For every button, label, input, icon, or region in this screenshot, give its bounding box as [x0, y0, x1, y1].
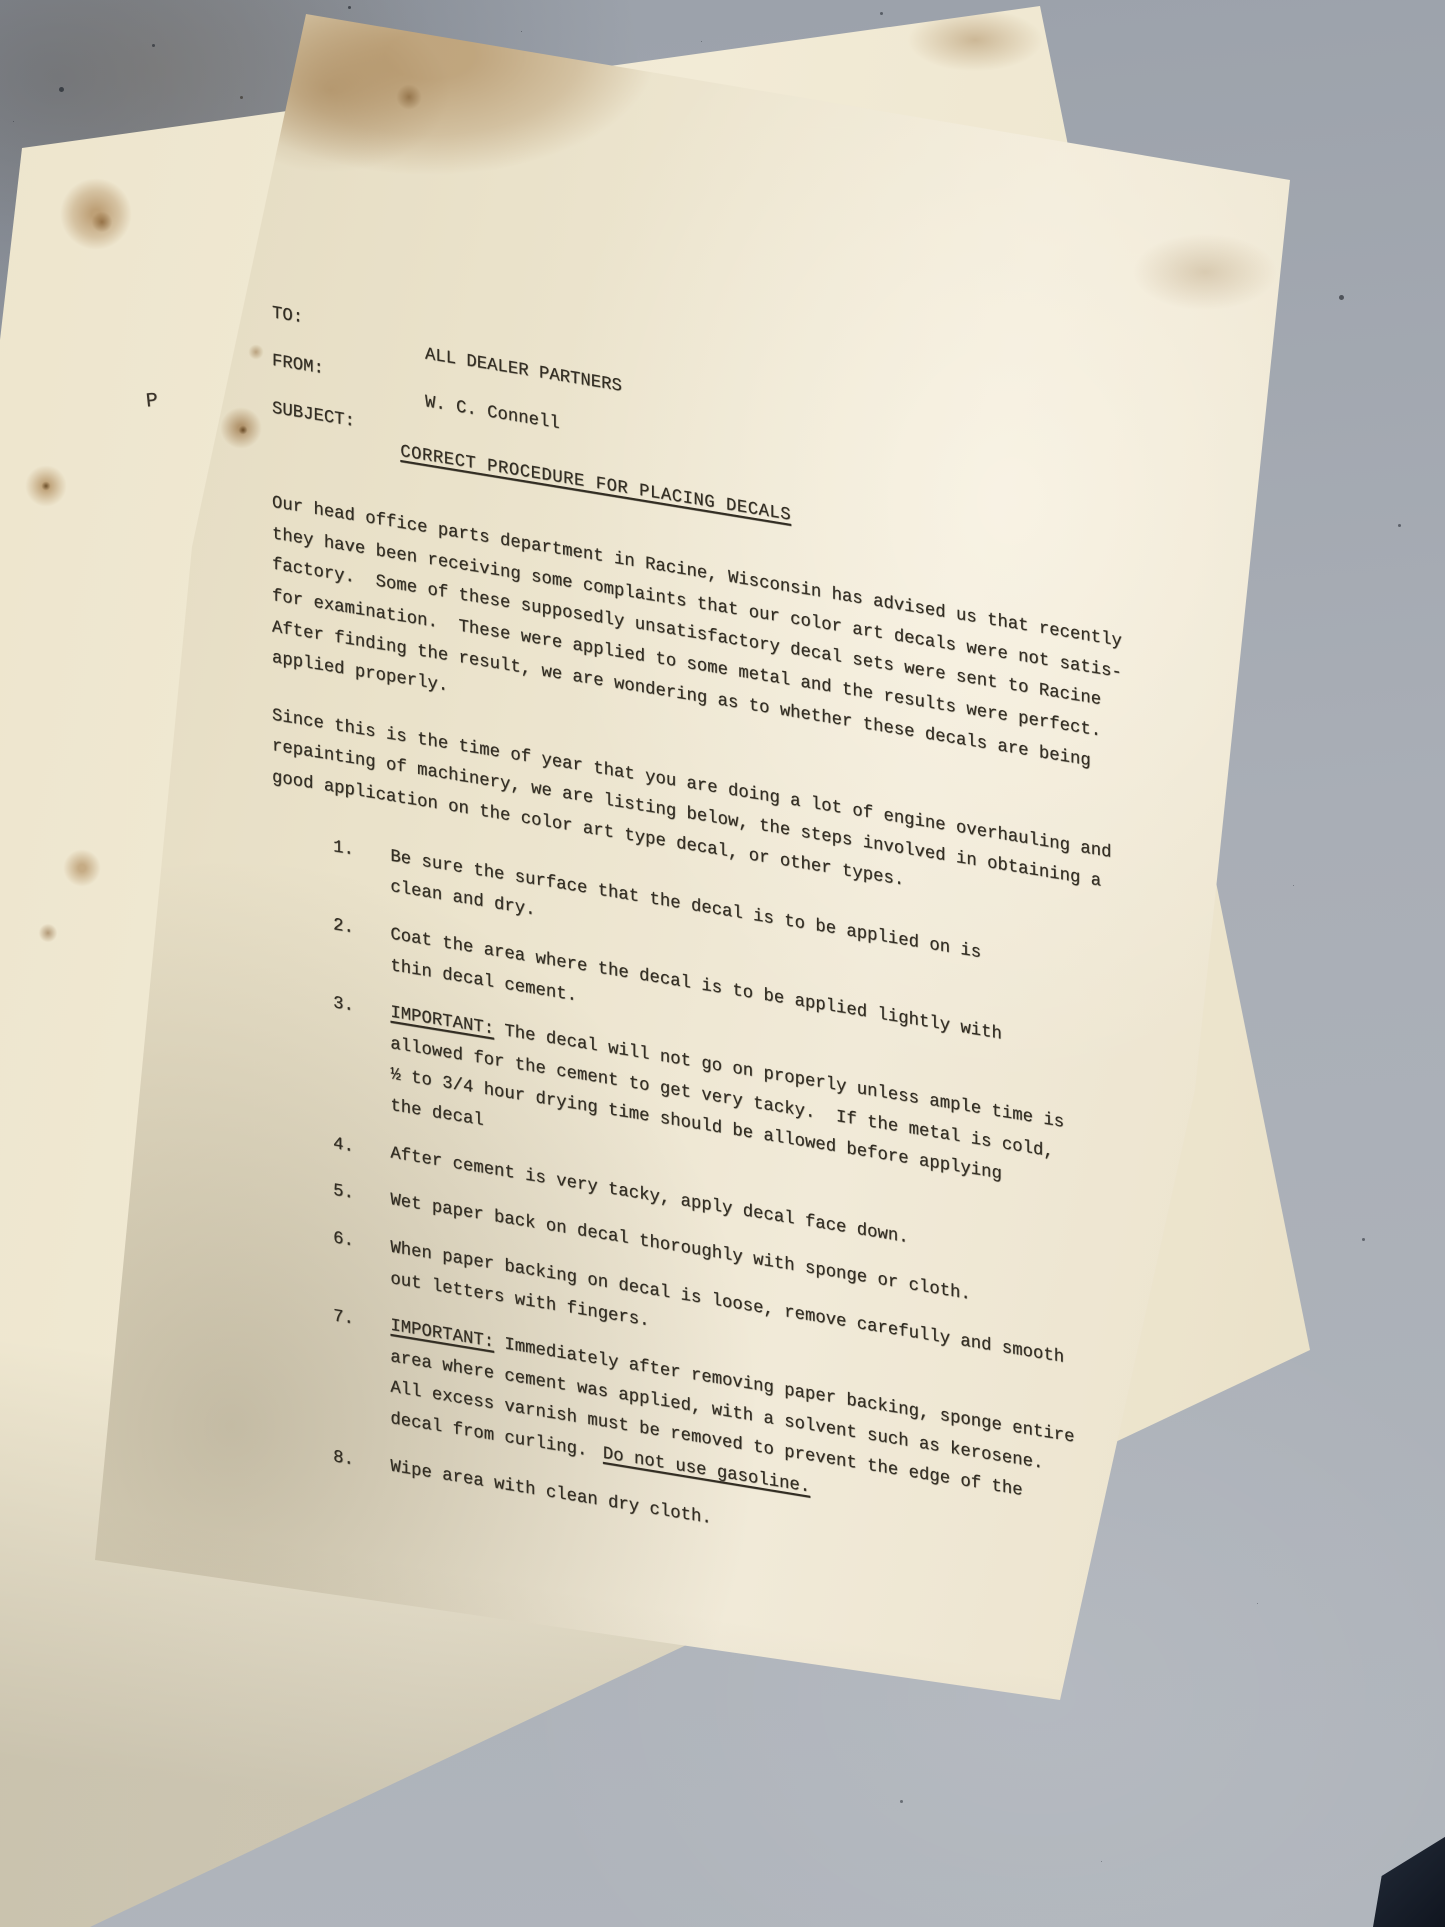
step-number: 4.	[333, 1128, 390, 1168]
dark-corner-object	[1373, 1829, 1445, 1927]
under-sheet-partial-text: P	[145, 389, 159, 413]
step-number: 8.	[333, 1442, 390, 1482]
step-number: 5.	[333, 1176, 390, 1216]
table-speckles	[0, 0, 3, 3]
step-number: 7.	[333, 1301, 390, 1435]
step-number: 3.	[333, 988, 390, 1122]
step-important-label: IMPORTANT:	[390, 1316, 494, 1353]
photo-of-memo: { "photo": { "colors": { "table": "#a7ac…	[0, 0, 1445, 1927]
step-number: 6.	[333, 1223, 390, 1294]
step-number: 2.	[333, 910, 390, 981]
step-number: 1.	[333, 832, 390, 903]
step-important-label: IMPORTANT:	[390, 1003, 494, 1040]
memo-document: TO: ALL DEALER PARTNERS FROM: W. C. Conn…	[272, 298, 1145, 1622]
procedure-steps: 1. Be sure the surface that the decal is…	[272, 822, 1145, 1606]
